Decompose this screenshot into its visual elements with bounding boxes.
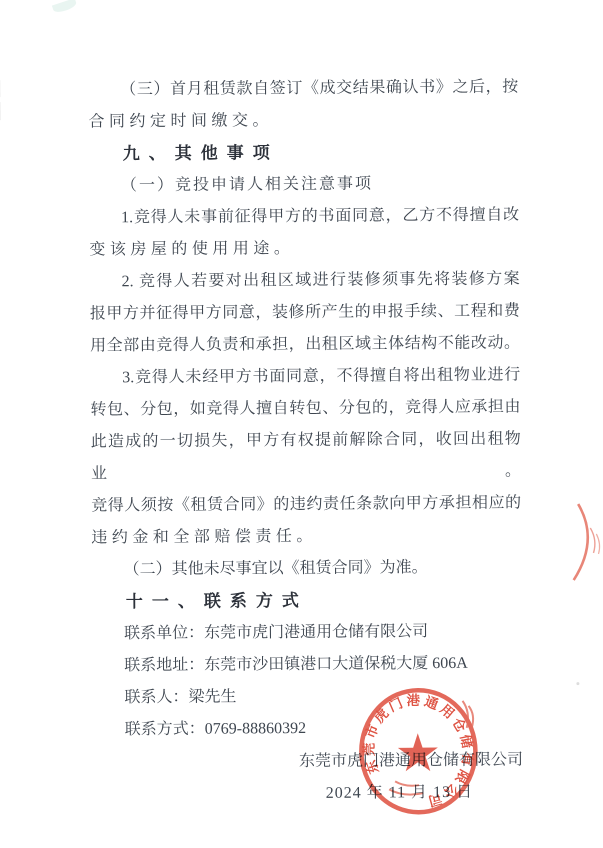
scan-speck [576,682,579,685]
partial-stamp-arc [556,488,603,588]
paragraph-line: （一）竞投申请人相关注意事项 [89,167,519,202]
scan-tilt-wrapper: （三）首月租赁款自签订《成交结果确认书》之后，按 合同约定时间缴交。 九、其他事… [0,0,603,848]
section-heading: 九、其他事项 [89,135,519,170]
seal-star-icon [398,733,438,771]
paragraph-line: 违约金和全部赔偿责任。 [91,519,521,554]
scan-smudge [52,0,78,14]
paragraph-line: 2. 竞得人若要对出租区域进行装修须事先将装修方案 [89,263,519,298]
paragraph-line: 竞得人须按《租赁合同》的违约责任条款向甲方承担相应的 [91,487,521,522]
paragraph-line: 报甲方并征得甲方同意，装修所产生的申报手续、工程和费 [90,295,520,330]
paragraph-line: 变该房屋的使用用途。 [89,231,519,266]
contact-address-line: 联系地址：东莞市沙田镇港口大道保税大厦 606A [92,647,522,682]
paragraph-line: （二）其他未尽事宜以《租赁合同》为准。 [91,551,521,586]
paragraph-line: 3.竞得人未经甲方书面同意，不得擅自将出租物业进行 [90,359,520,394]
section-heading: 十一、联系方式 [92,583,522,618]
paragraph-line: 合同约定时间缴交。 [88,103,518,138]
company-seal-stamp: 东莞市虎门港通用仓储有限公司 [354,685,483,818]
scanned-document-page: （三）首月租赁款自签订《成交结果确认书》之后，按 合同约定时间缴交。 九、其他事… [0,0,603,848]
paragraph-line: 1.竞得人未事前征得甲方的书面同意，乙方不得擅自改 [89,199,519,234]
paragraph-line: 转包、分包，如竞得人擅自转包、分包的，竞得人应承担由 [90,391,520,426]
contact-company-line: 联系单位：东莞市虎门港通用仓储有限公司 [92,615,522,650]
paragraph-line: 用全部由竞得人负责和承担，出租区域主体结构不能改动。 [90,327,520,362]
paragraph-line: （三）首月租赁款自签订《成交结果确认书》之后，按 [88,71,518,106]
paragraph-line: 此造成的一切损失，甲方有权提前解除合同，收回出租物业。 [91,423,521,490]
